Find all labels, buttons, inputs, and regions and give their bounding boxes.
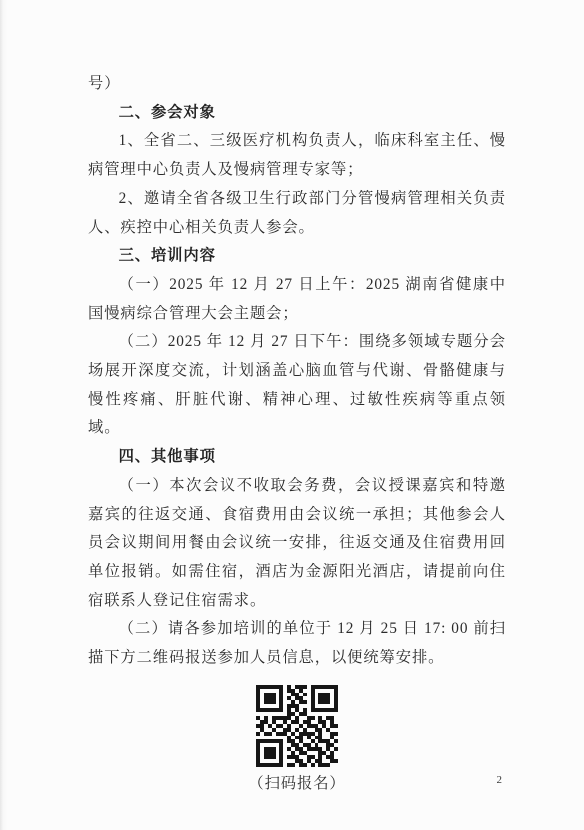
section-heading-training-content: 三、培训内容 bbox=[88, 242, 506, 271]
paragraph-training-1: （一）2025 年 12 月 27 日上午：2025 湖南省健康中国慢病综合管理… bbox=[88, 271, 506, 328]
paragraph-training-2: （二）2025 年 12 月 27 日下午：围绕多领域专题分会场展开深度交流，计… bbox=[88, 328, 506, 443]
paragraph-other-1: （一）本次会议不收取会务费，会议授课嘉宾和特邀嘉宾的往返交通、食宿费用由会议统一… bbox=[88, 472, 506, 616]
scanned-document-page: 号） 二、参会对象 1、全省二、三级医疗机构负责人，临床科室主任、慢病管理中心负… bbox=[0, 0, 584, 830]
scan-edge-shadow bbox=[0, 0, 8, 830]
page-number: 2 bbox=[497, 774, 503, 786]
section-heading-participants: 二、参会对象 bbox=[88, 99, 506, 128]
qr-code bbox=[256, 685, 338, 767]
continuation-line: 号） bbox=[88, 70, 506, 99]
qr-code-grid bbox=[256, 685, 338, 767]
section-heading-other-matters: 四、其他事项 bbox=[88, 443, 506, 472]
paragraph-other-2: （二）请各参加培训的单位于 12 月 25 日 17: 00 前扫描下方二维码报… bbox=[88, 615, 506, 672]
paragraph-participants-2: 2、邀请全省各级卫生行政部门分管慢病管理相关负责人、疾控中心相关负责人参会。 bbox=[88, 185, 506, 242]
document-content: 号） 二、参会对象 1、全省二、三级医疗机构负责人，临床科室主任、慢病管理中心负… bbox=[88, 70, 506, 798]
paragraph-participants-1: 1、全省二、三级医疗机构负责人，临床科室主任、慢病管理中心负责人及慢病管理专家等… bbox=[88, 127, 506, 184]
qr-caption: （扫码报名） bbox=[88, 770, 506, 799]
